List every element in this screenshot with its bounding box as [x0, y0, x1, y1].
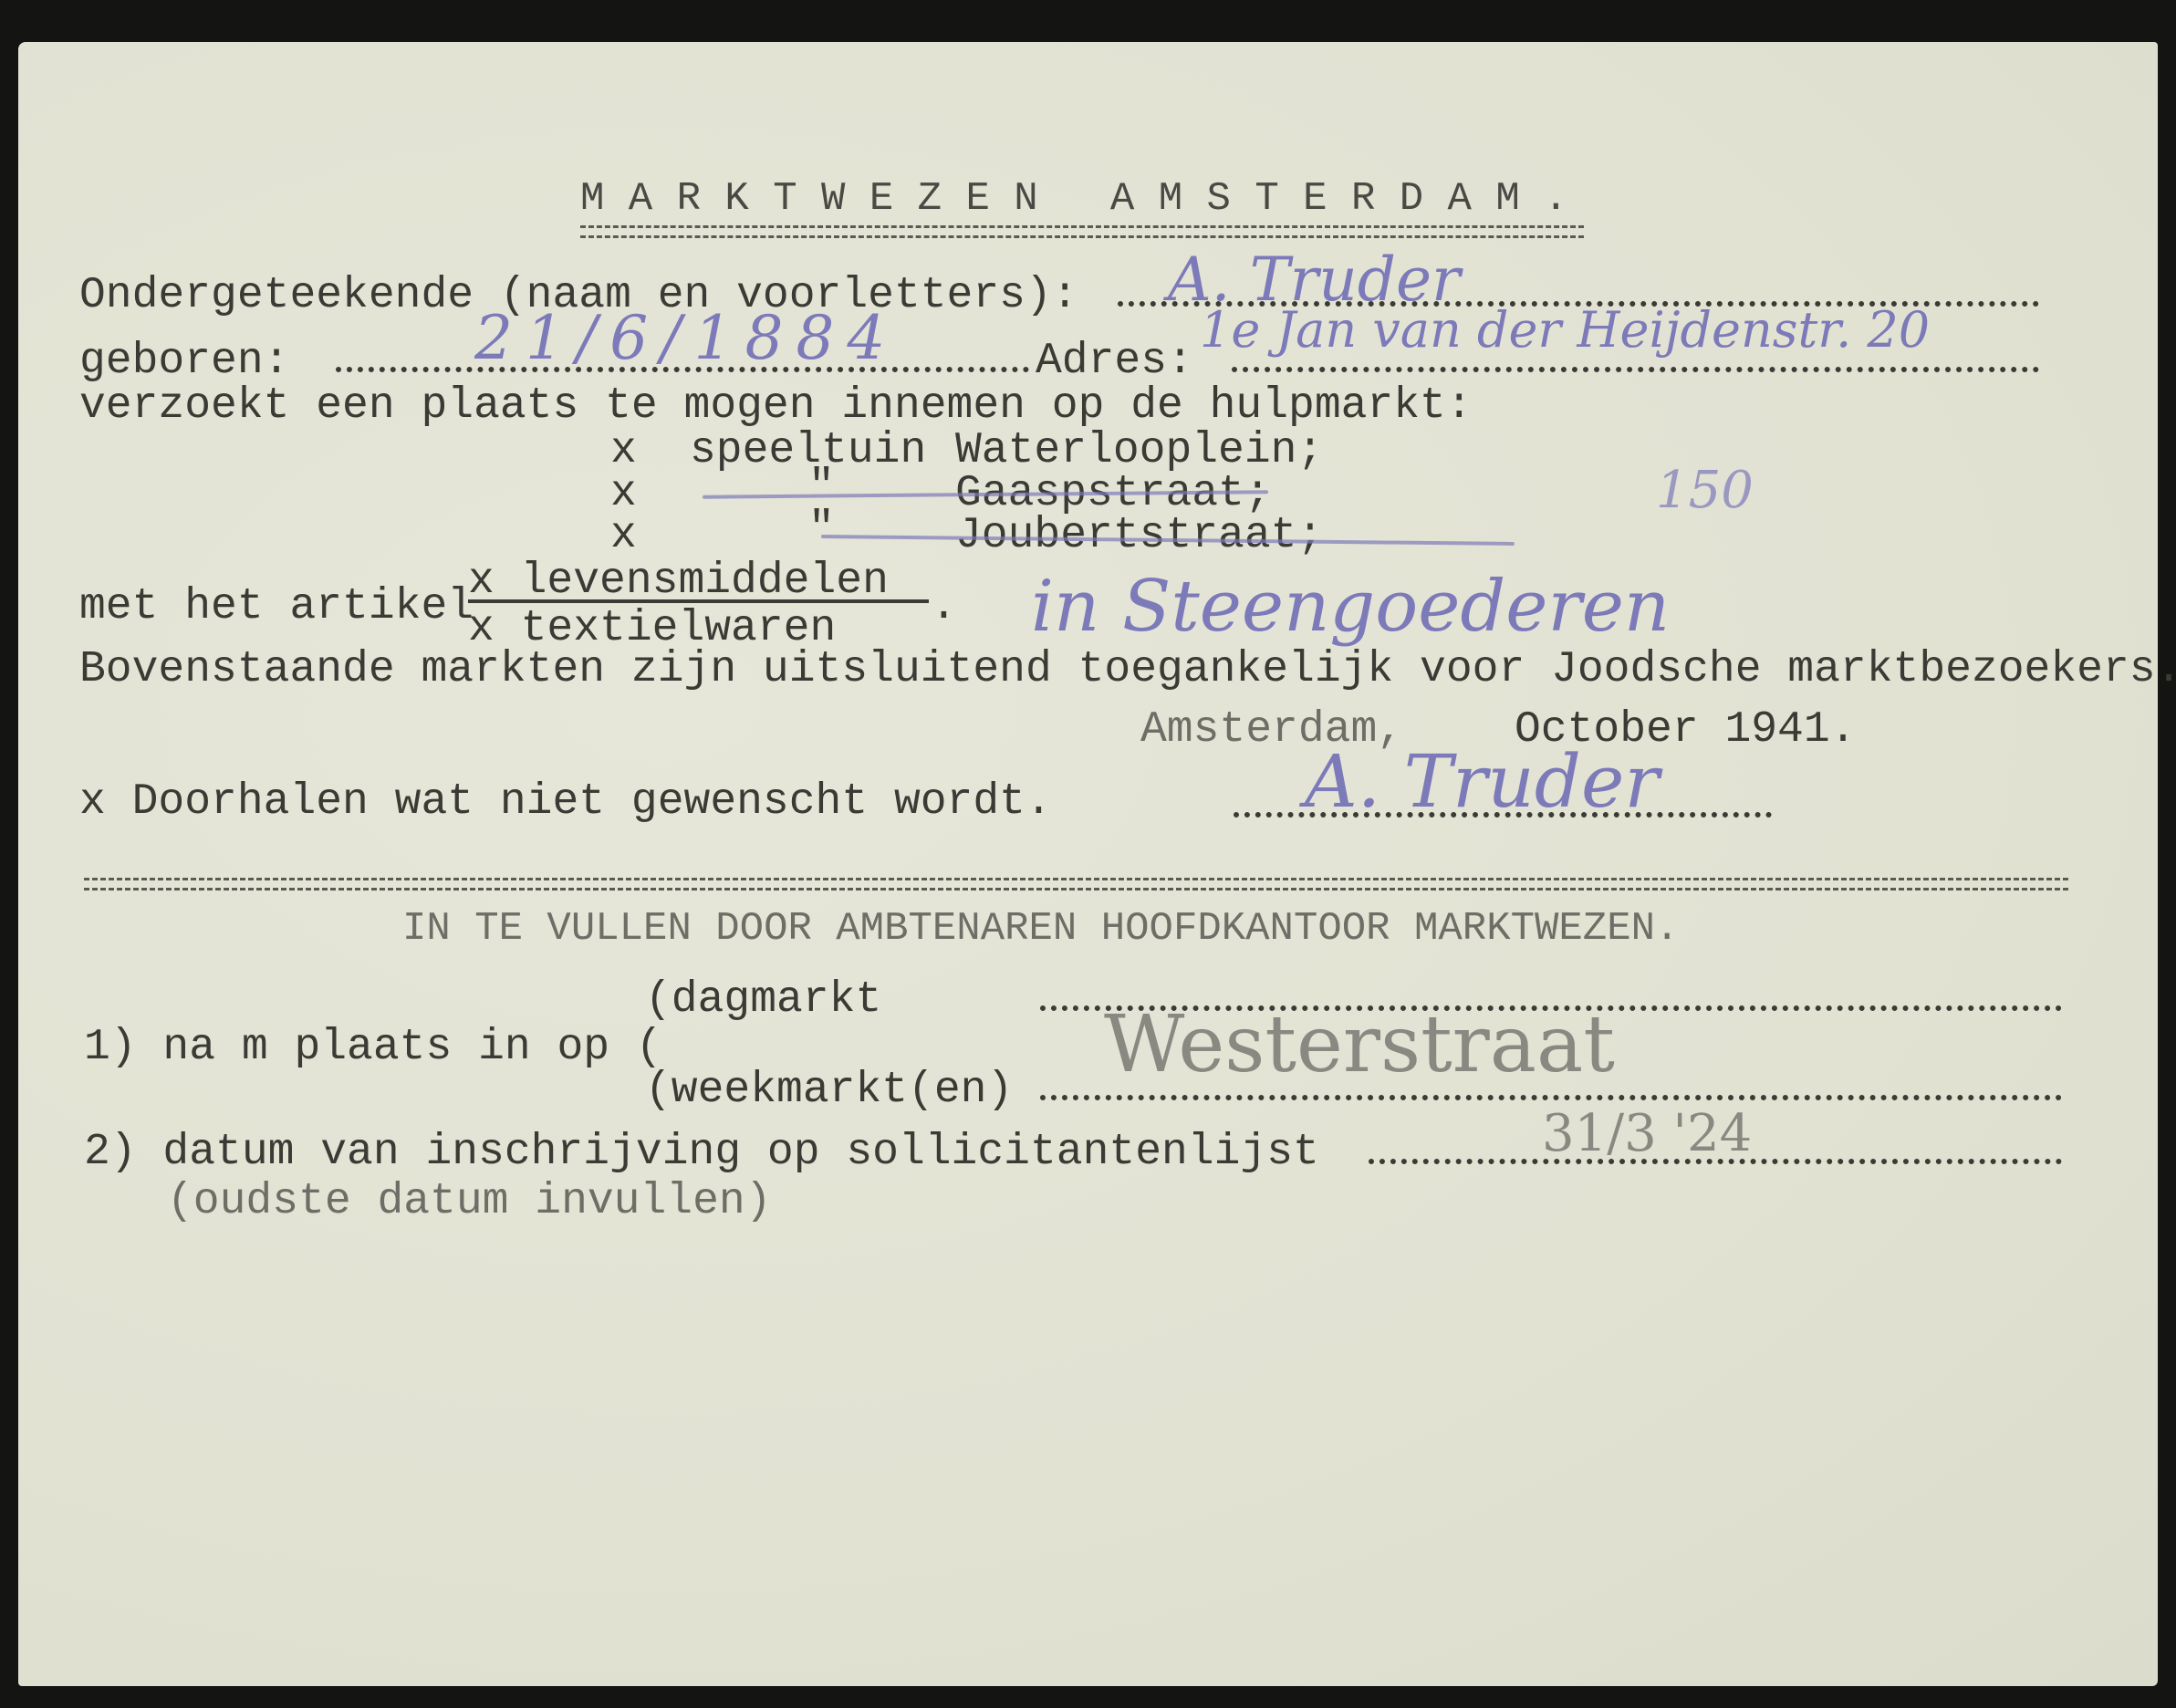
item-2-value[interactable]: 31/3 '24 [1542, 1104, 1752, 1163]
market-mark-3[interactable]: x [610, 514, 637, 557]
official-heading: IN TE VULLEN DOOR AMBTENAREN HOOFDKANTOO… [402, 909, 1679, 949]
market-prefix-2: " [808, 465, 835, 509]
signature[interactable]: A. Truder [1305, 739, 1660, 824]
article-divider [468, 599, 929, 603]
market-mark-1[interactable]: x [610, 429, 637, 473]
article-label: met het artikel [79, 585, 474, 629]
article-handwritten-value[interactable]: in Steengoederen [1031, 566, 1670, 648]
market-mark-2[interactable]: x [610, 472, 637, 516]
weekmarkt-label: (weekmarkt(en) [645, 1068, 1013, 1112]
margin-note: 150 [1656, 461, 1754, 520]
document-title: M A R K T W E Z E N A M S T E R D A M . [580, 179, 1568, 219]
weekmarkt-value[interactable]: Westerstraat [1104, 999, 1615, 1090]
item-1-label: 1) na m plaats in op ( [84, 1026, 662, 1069]
section-divider [84, 878, 2068, 890]
article-option-textielwaren[interactable]: x textielwaren [468, 607, 836, 651]
address-value[interactable]: 1e Jan van der Heijdenstr. 20 [1200, 301, 1930, 359]
market-name-1: Waterlooplein; [955, 429, 1323, 473]
born-label: geboren: [79, 339, 289, 383]
address-field-dots [1232, 367, 2039, 372]
weekmarkt-field-dots[interactable] [1040, 1095, 2062, 1100]
dagmarkt-label: (dagmarkt [645, 978, 881, 1022]
request-text: verzoekt een plaats te mogen innemen op … [79, 384, 1473, 428]
market-prefix-3: " [808, 507, 835, 551]
article-period: . [931, 585, 957, 629]
born-value[interactable]: 21/6/1884 [474, 303, 898, 373]
item-2-label: 2) datum van inschrijving op sollicitant… [84, 1130, 1319, 1174]
market-name-3: Joubertstraat; [955, 514, 1323, 557]
item-2-sublabel: (oudste datum invullen) [167, 1180, 772, 1224]
article-option-levensmiddelen[interactable]: x levensmiddelen [468, 559, 889, 603]
notice-text: Bovenstaande markten zijn uitsluitend to… [79, 648, 2176, 692]
footnote-text: x Doorhalen wat niet gewenscht wordt. [79, 780, 1052, 824]
title-double-underline [580, 225, 1584, 238]
address-label: Adres: [1036, 339, 1193, 383]
